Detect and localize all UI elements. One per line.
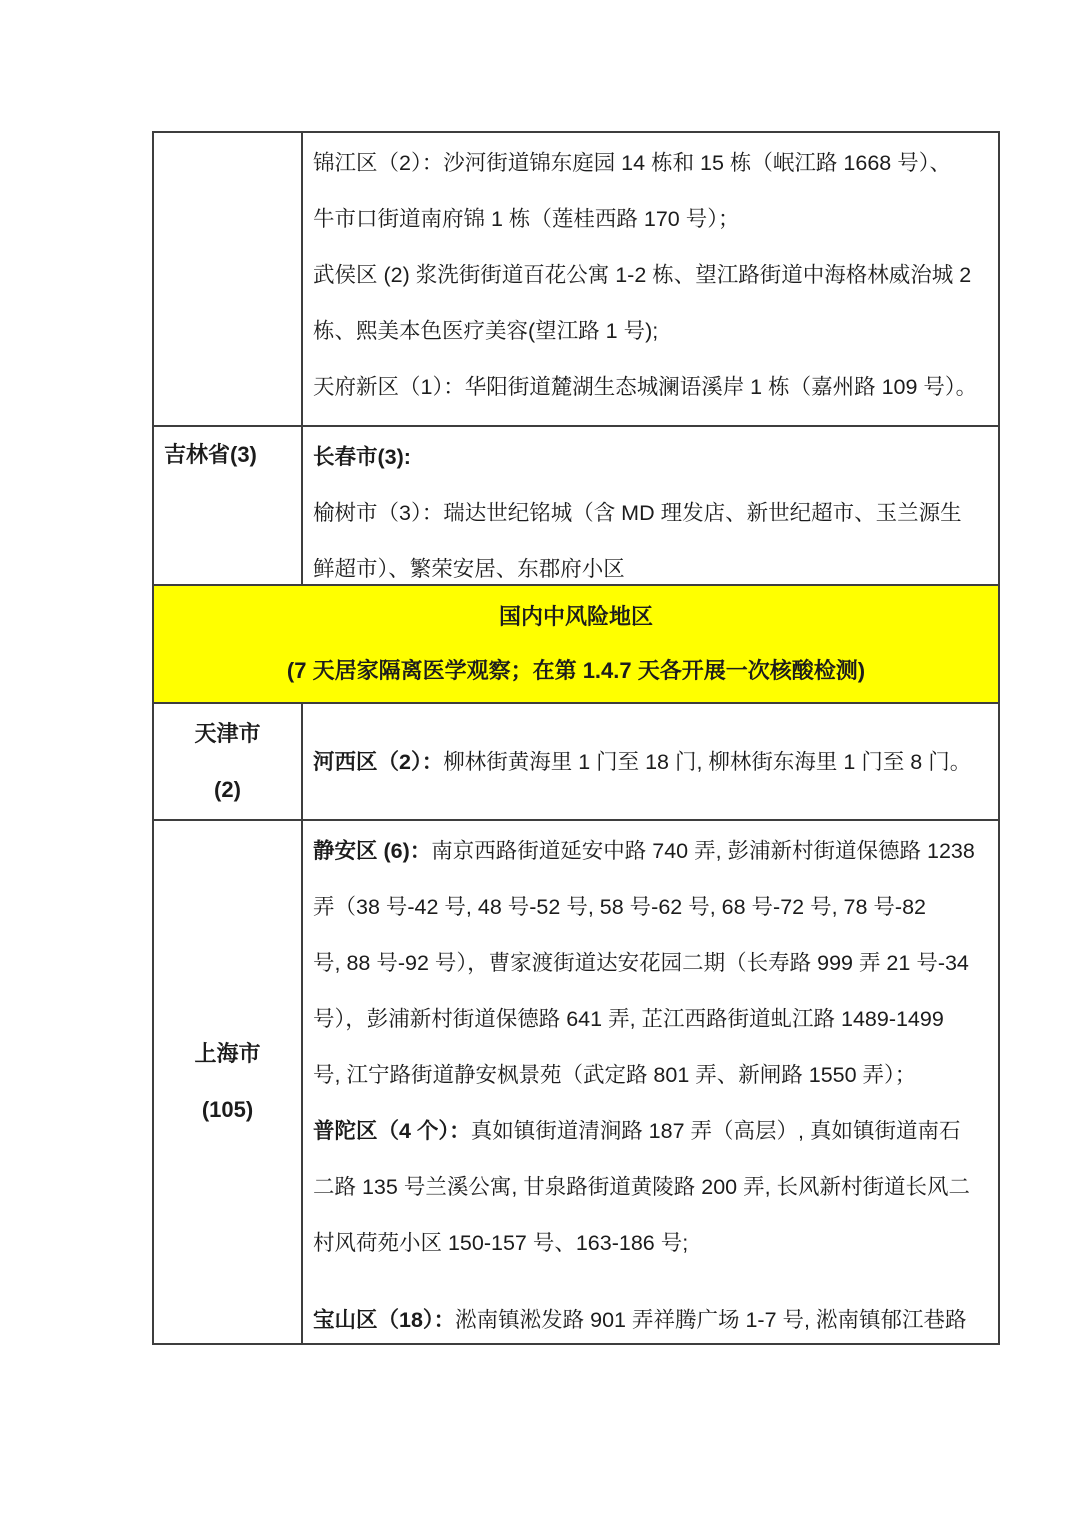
province-cell: 上海市 (105) [154, 821, 303, 1343]
table-row-jilin: 吉林省(3) 长春市(3): 榆树市（3）：瑞达世纪铭城（含 MD 理发店、新世… [154, 425, 998, 584]
city-label: 长春市(3): [313, 445, 411, 469]
table-row-shanghai: 上海市 (105) 静安区 (6)：南京西路街道延安中路 740 弄, 彭浦新村… [154, 819, 998, 1343]
details-cell: 静安区 (6)：南京西路街道延安中路 740 弄, 彭浦新村街道保德路 1238… [303, 821, 998, 1343]
province-count: (105) [202, 1082, 253, 1138]
section-header-row: 国内中风险地区 (7 天居家隔离医学观察；在第 1.4.7 天各开展一次核酸检测… [154, 584, 998, 702]
document-page: 锦江区（2）：沙河街道锦东庭园 14 栋和 15 栋（岷江路 1668 号）、 … [0, 0, 1080, 1527]
detail-line: 二路 135 号兰溪公寓, 甘泉路街道黄陵路 200 弄, 长风新村街道长风二 [313, 1159, 992, 1215]
table-row-tianjin: 天津市 (2) 河西区（2）：柳林街黄海里 1 门至 18 门, 柳林街东海里 … [154, 702, 998, 819]
detail-line: 号, 江宁路街道静安枫景苑（武定路 801 弄、新闸路 1550 弄）； [313, 1047, 992, 1103]
district-label: 静安区 (6)： [313, 839, 431, 863]
detail-line: 长春市(3): [313, 429, 992, 485]
detail-line: 锦江区（2）：沙河街道锦东庭园 14 栋和 15 栋（岷江路 1668 号）、 [313, 135, 992, 191]
section-title: 国内中风险地区 [154, 590, 998, 644]
province-name: 天津市 [194, 706, 260, 762]
risk-area-table: 锦江区（2）：沙河街道锦东庭园 14 栋和 15 栋（岷江路 1668 号）、 … [152, 131, 1000, 1345]
section-subtitle: (7 天居家隔离医学观察；在第 1.4.7 天各开展一次核酸检测) [154, 644, 998, 698]
detail-line: 号），彭浦新村街道保德路 641 弄, 芷江西路街道虬江路 1489-1499 [313, 991, 992, 1047]
detail-line: 号, 88 号-92 号），曹家渡街道达安花园二期（长寿路 999 弄 21 号… [313, 935, 992, 991]
detail-line: 河西区（2）：柳林街黄海里 1 门至 18 门, 柳林街东海里 1 门至 8 门… [313, 734, 992, 790]
province-name: 上海市 [194, 1026, 260, 1082]
district-label: 河西区（2）： [313, 750, 443, 774]
province-name: 吉林省(3) [164, 427, 257, 483]
district-label: 宝山区（18）： [313, 1308, 455, 1332]
details-cell: 锦江区（2）：沙河街道锦东庭园 14 栋和 15 栋（岷江路 1668 号）、 … [303, 133, 998, 425]
detail-line: 静安区 (6)：南京西路街道延安中路 740 弄, 彭浦新村街道保德路 1238 [313, 823, 992, 879]
detail-line: 天府新区（1）：华阳街道麓湖生态城澜语溪岸 1 栋（嘉州路 109 号）。 [313, 359, 992, 415]
details-cell: 河西区（2）：柳林街黄海里 1 门至 18 门, 柳林街东海里 1 门至 8 门… [303, 704, 998, 819]
table-row-chengdu-continuation: 锦江区（2）：沙河街道锦东庭园 14 栋和 15 栋（岷江路 1668 号）、 … [154, 133, 998, 425]
detail-line: 弄（38 号-42 号, 48 号-52 号, 58 号-62 号, 68 号-… [313, 879, 992, 935]
detail-line: 牛市口街道南府锦 1 栋（莲桂西路 170 号）； [313, 191, 992, 247]
district-label: 普陀区（4 个）： [313, 1119, 471, 1143]
province-cell-empty [154, 133, 303, 425]
detail-line: 武侯区 (2) 浆洗街街道百花公寓 1-2 栋、望江路街道中海格林威治城 2 [313, 247, 992, 303]
province-cell: 吉林省(3) [154, 427, 303, 584]
province-count: (2) [214, 762, 241, 818]
detail-line: 普陀区（4 个）：真如镇街道清涧路 187 弄（高层）, 真如镇街道南石 [313, 1103, 992, 1159]
detail-line: 栋、熙美本色医疗美容(望江路 1 号); [313, 303, 992, 359]
detail-line: 鲜超市）、繁荣安居、东郡府小区 [313, 541, 992, 584]
detail-line: 榆树市（3）：瑞达世纪铭城（含 MD 理发店、新世纪超市、玉兰源生 [313, 485, 992, 541]
province-cell: 天津市 (2) [154, 704, 303, 819]
detail-line: 村风荷苑小区 150-157 号、163-186 号; [313, 1215, 992, 1271]
details-cell: 长春市(3): 榆树市（3）：瑞达世纪铭城（含 MD 理发店、新世纪超市、玉兰源… [303, 427, 998, 584]
detail-line: 宝山区（18）：淞南镇淞发路 901 弄祥腾广场 1-7 号, 淞南镇郁江巷路 [313, 1292, 992, 1343]
